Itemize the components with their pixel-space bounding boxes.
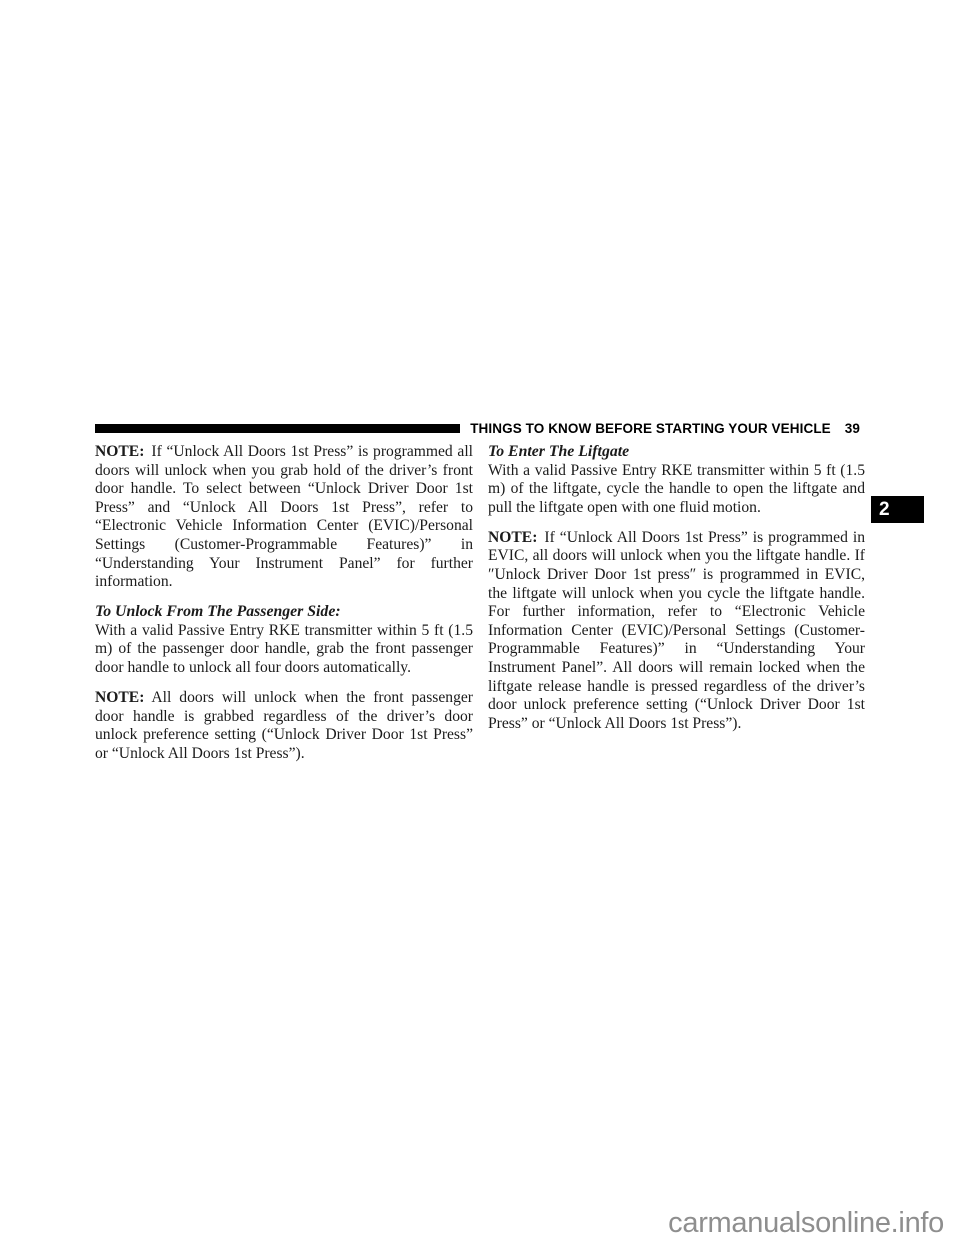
- paragraph-liftgate: With a valid Passive Entry RKE transmitt…: [488, 462, 865, 518]
- note-unlock-all-doors: NOTE:If “Unlock All Doors 1st Press” is …: [95, 443, 473, 592]
- left-column: NOTE:If “Unlock All Doors 1st Press” is …: [95, 443, 473, 775]
- header-title: THINGS TO KNOW BEFORE STARTING YOUR VEHI…: [470, 421, 831, 436]
- page-header: THINGS TO KNOW BEFORE STARTING YOUR VEHI…: [95, 421, 860, 436]
- note-text: All doors will unlock when the front pas…: [95, 689, 473, 762]
- manual-page: THINGS TO KNOW BEFORE STARTING YOUR VEHI…: [0, 0, 960, 1242]
- note-label: NOTE:: [488, 529, 544, 546]
- right-column: To Enter The Liftgate With a valid Passi…: [488, 443, 865, 745]
- note-text: If “Unlock All Doors 1st Press” is progr…: [488, 529, 865, 732]
- note-front-passenger-handle: NOTE:All doors will unlock when the fron…: [95, 689, 473, 763]
- note-text: If “Unlock All Doors 1st Press” is progr…: [95, 443, 473, 590]
- note-label: NOTE:: [95, 443, 151, 460]
- note-label: NOTE:: [95, 689, 151, 706]
- header-page-number: 39: [845, 421, 860, 436]
- watermark: carmanualsonline.info: [668, 1207, 944, 1240]
- content-columns: NOTE:If “Unlock All Doors 1st Press” is …: [95, 443, 865, 783]
- chapter-tab: 2: [871, 496, 924, 523]
- subheading-enter-the-liftgate: To Enter The Liftgate: [488, 443, 865, 462]
- chapter-number: 2: [879, 499, 890, 520]
- paragraph-passenger-side: With a valid Passive Entry RKE transmitt…: [95, 622, 473, 678]
- subheading-unlock-from-passenger-side: To Unlock From The Passenger Side:: [95, 603, 473, 622]
- note-liftgate-unlock: NOTE:If “Unlock All Doors 1st Press” is …: [488, 529, 865, 734]
- header-rule: [95, 424, 460, 433]
